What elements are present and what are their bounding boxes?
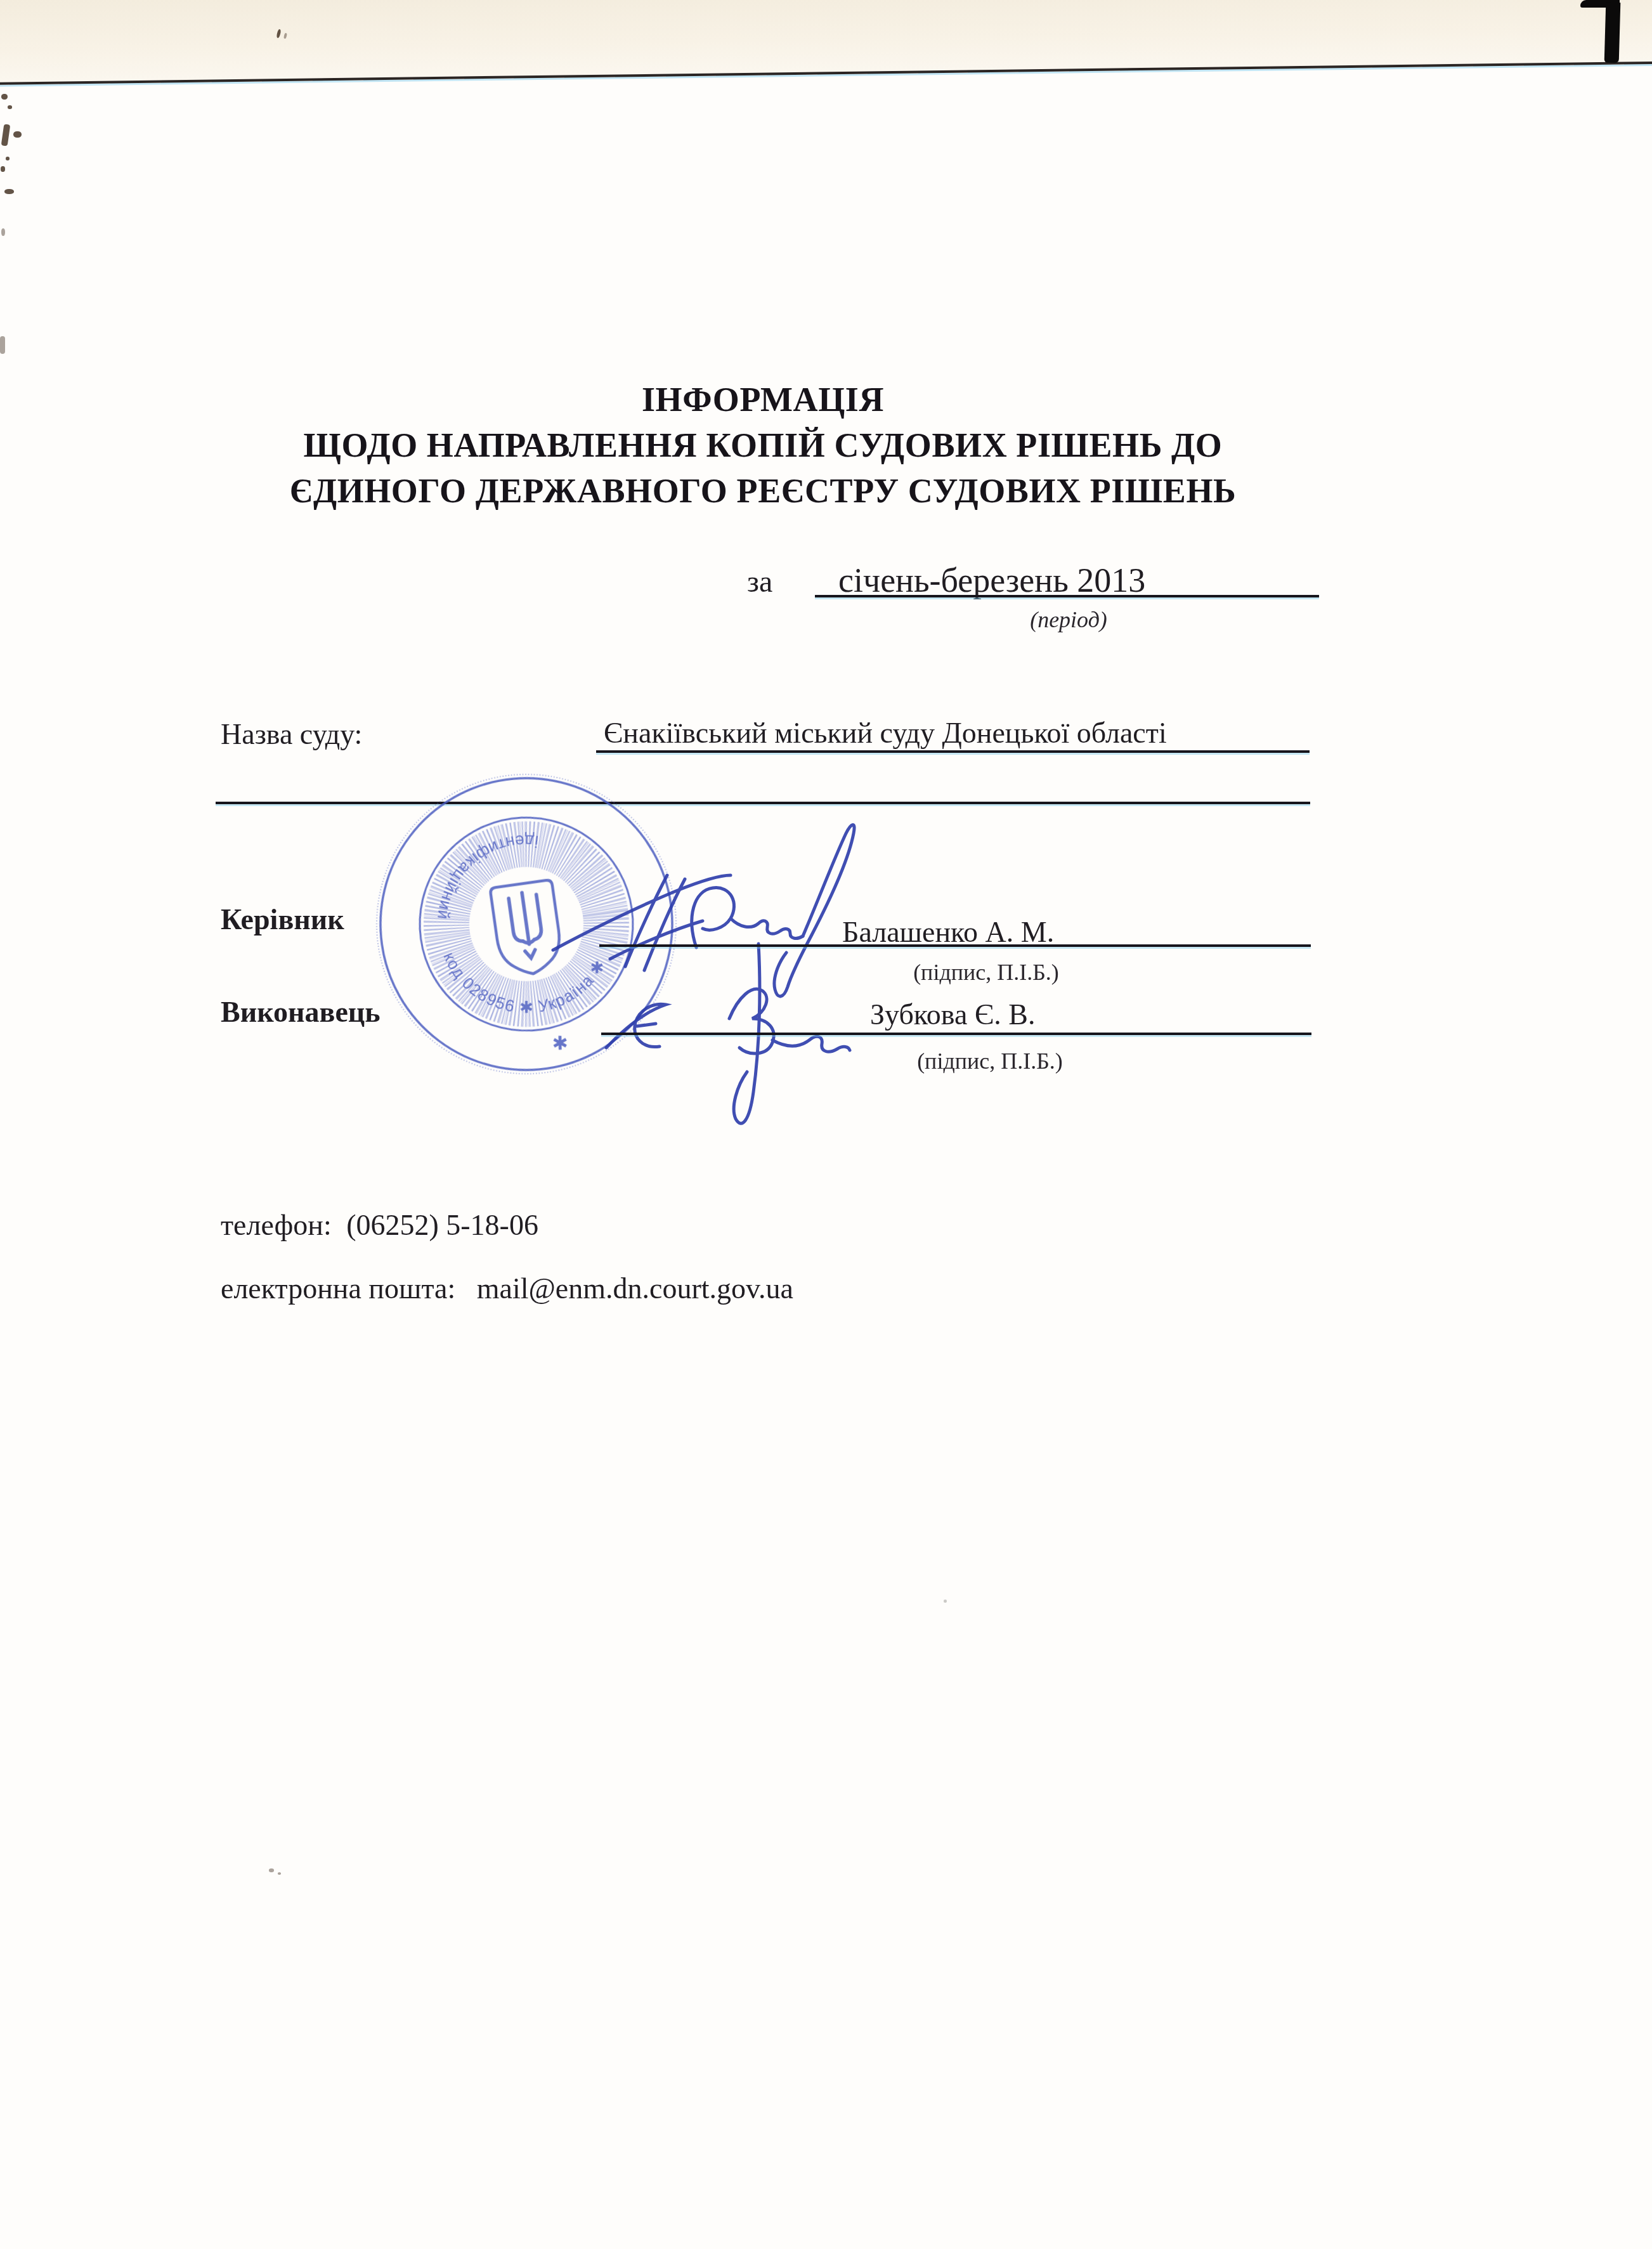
scan-speck bbox=[1, 94, 8, 100]
period-underline bbox=[815, 595, 1319, 597]
vykonavets-signature-caption: (підпис, П.І.Б.) bbox=[904, 1048, 1076, 1074]
scan-speck bbox=[1, 166, 5, 172]
signatures-layer bbox=[533, 796, 888, 1151]
scanned-document-page: ІНФОРМАЦІЯ ЩОДО НАПРАВЛЕННЯ КОПІЙ СУДОВИ… bbox=[0, 0, 1652, 2249]
scan-speck bbox=[4, 189, 14, 194]
kerivnyk-role-label: Керівник bbox=[221, 903, 344, 937]
document-title: ІНФОРМАЦІЯ ЩОДО НАПРАВЛЕННЯ КОПІЙ СУДОВИ… bbox=[216, 377, 1310, 514]
email-value: mail@enm.dn.court.gov.ua bbox=[477, 1272, 793, 1305]
scan-speck bbox=[8, 105, 12, 109]
title-line-3: ЄДИНОГО ДЕРЖАВНОГО РЕЄСТРУ СУДОВИХ РІШЕН… bbox=[216, 468, 1310, 514]
title-line-2: ЩОДО НАПРАВЛЕННЯ КОПІЙ СУДОВИХ РІШЕНЬ ДО bbox=[216, 422, 1310, 468]
scan-speck bbox=[1, 228, 5, 236]
period-prefix: за bbox=[747, 564, 772, 599]
scan-paper-edge bbox=[0, 0, 1652, 85]
phone-line: телефон: (06252) 5-18-06 bbox=[221, 1209, 538, 1242]
period-value: січень-березень 2013 bbox=[838, 561, 1145, 600]
kerivnyk-signature-line bbox=[599, 944, 1311, 947]
kerivnyk-signature bbox=[553, 825, 854, 996]
scan-speck bbox=[13, 131, 22, 138]
court-name-label: Назва суду: bbox=[221, 718, 362, 752]
scan-speck bbox=[1, 124, 11, 146]
scan-speck bbox=[944, 1600, 947, 1603]
signatures-graphic bbox=[533, 796, 888, 1151]
kerivnyk-signature-caption: (підпис, П.І.Б.) bbox=[901, 959, 1072, 986]
court-name-underline bbox=[596, 750, 1310, 753]
vykonavets-name: Зубкова Є. В. bbox=[870, 998, 1035, 1032]
title-line-1: ІНФОРМАЦІЯ bbox=[216, 377, 1310, 422]
scan-speck bbox=[6, 157, 10, 160]
vykonavets-signature-line bbox=[601, 1033, 1311, 1035]
email-label: електронна пошта: bbox=[221, 1272, 455, 1305]
scan-speck bbox=[269, 1868, 274, 1872]
court-name-value: Єнакіївський міський суду Донецької обла… bbox=[604, 717, 1167, 750]
phone-value: (06252) 5-18-06 bbox=[346, 1209, 538, 1241]
scan-speck bbox=[0, 336, 5, 354]
vykonavets-role-label: Виконавець bbox=[221, 996, 380, 1029]
period-caption: (період) bbox=[986, 606, 1151, 633]
scan-speck bbox=[278, 1872, 281, 1875]
email-line: електронна пошта: mail@enm.dn.court.gov.… bbox=[221, 1272, 793, 1306]
phone-label: телефон: bbox=[221, 1209, 332, 1241]
scan-corner-shadow-strip bbox=[1604, 3, 1621, 63]
